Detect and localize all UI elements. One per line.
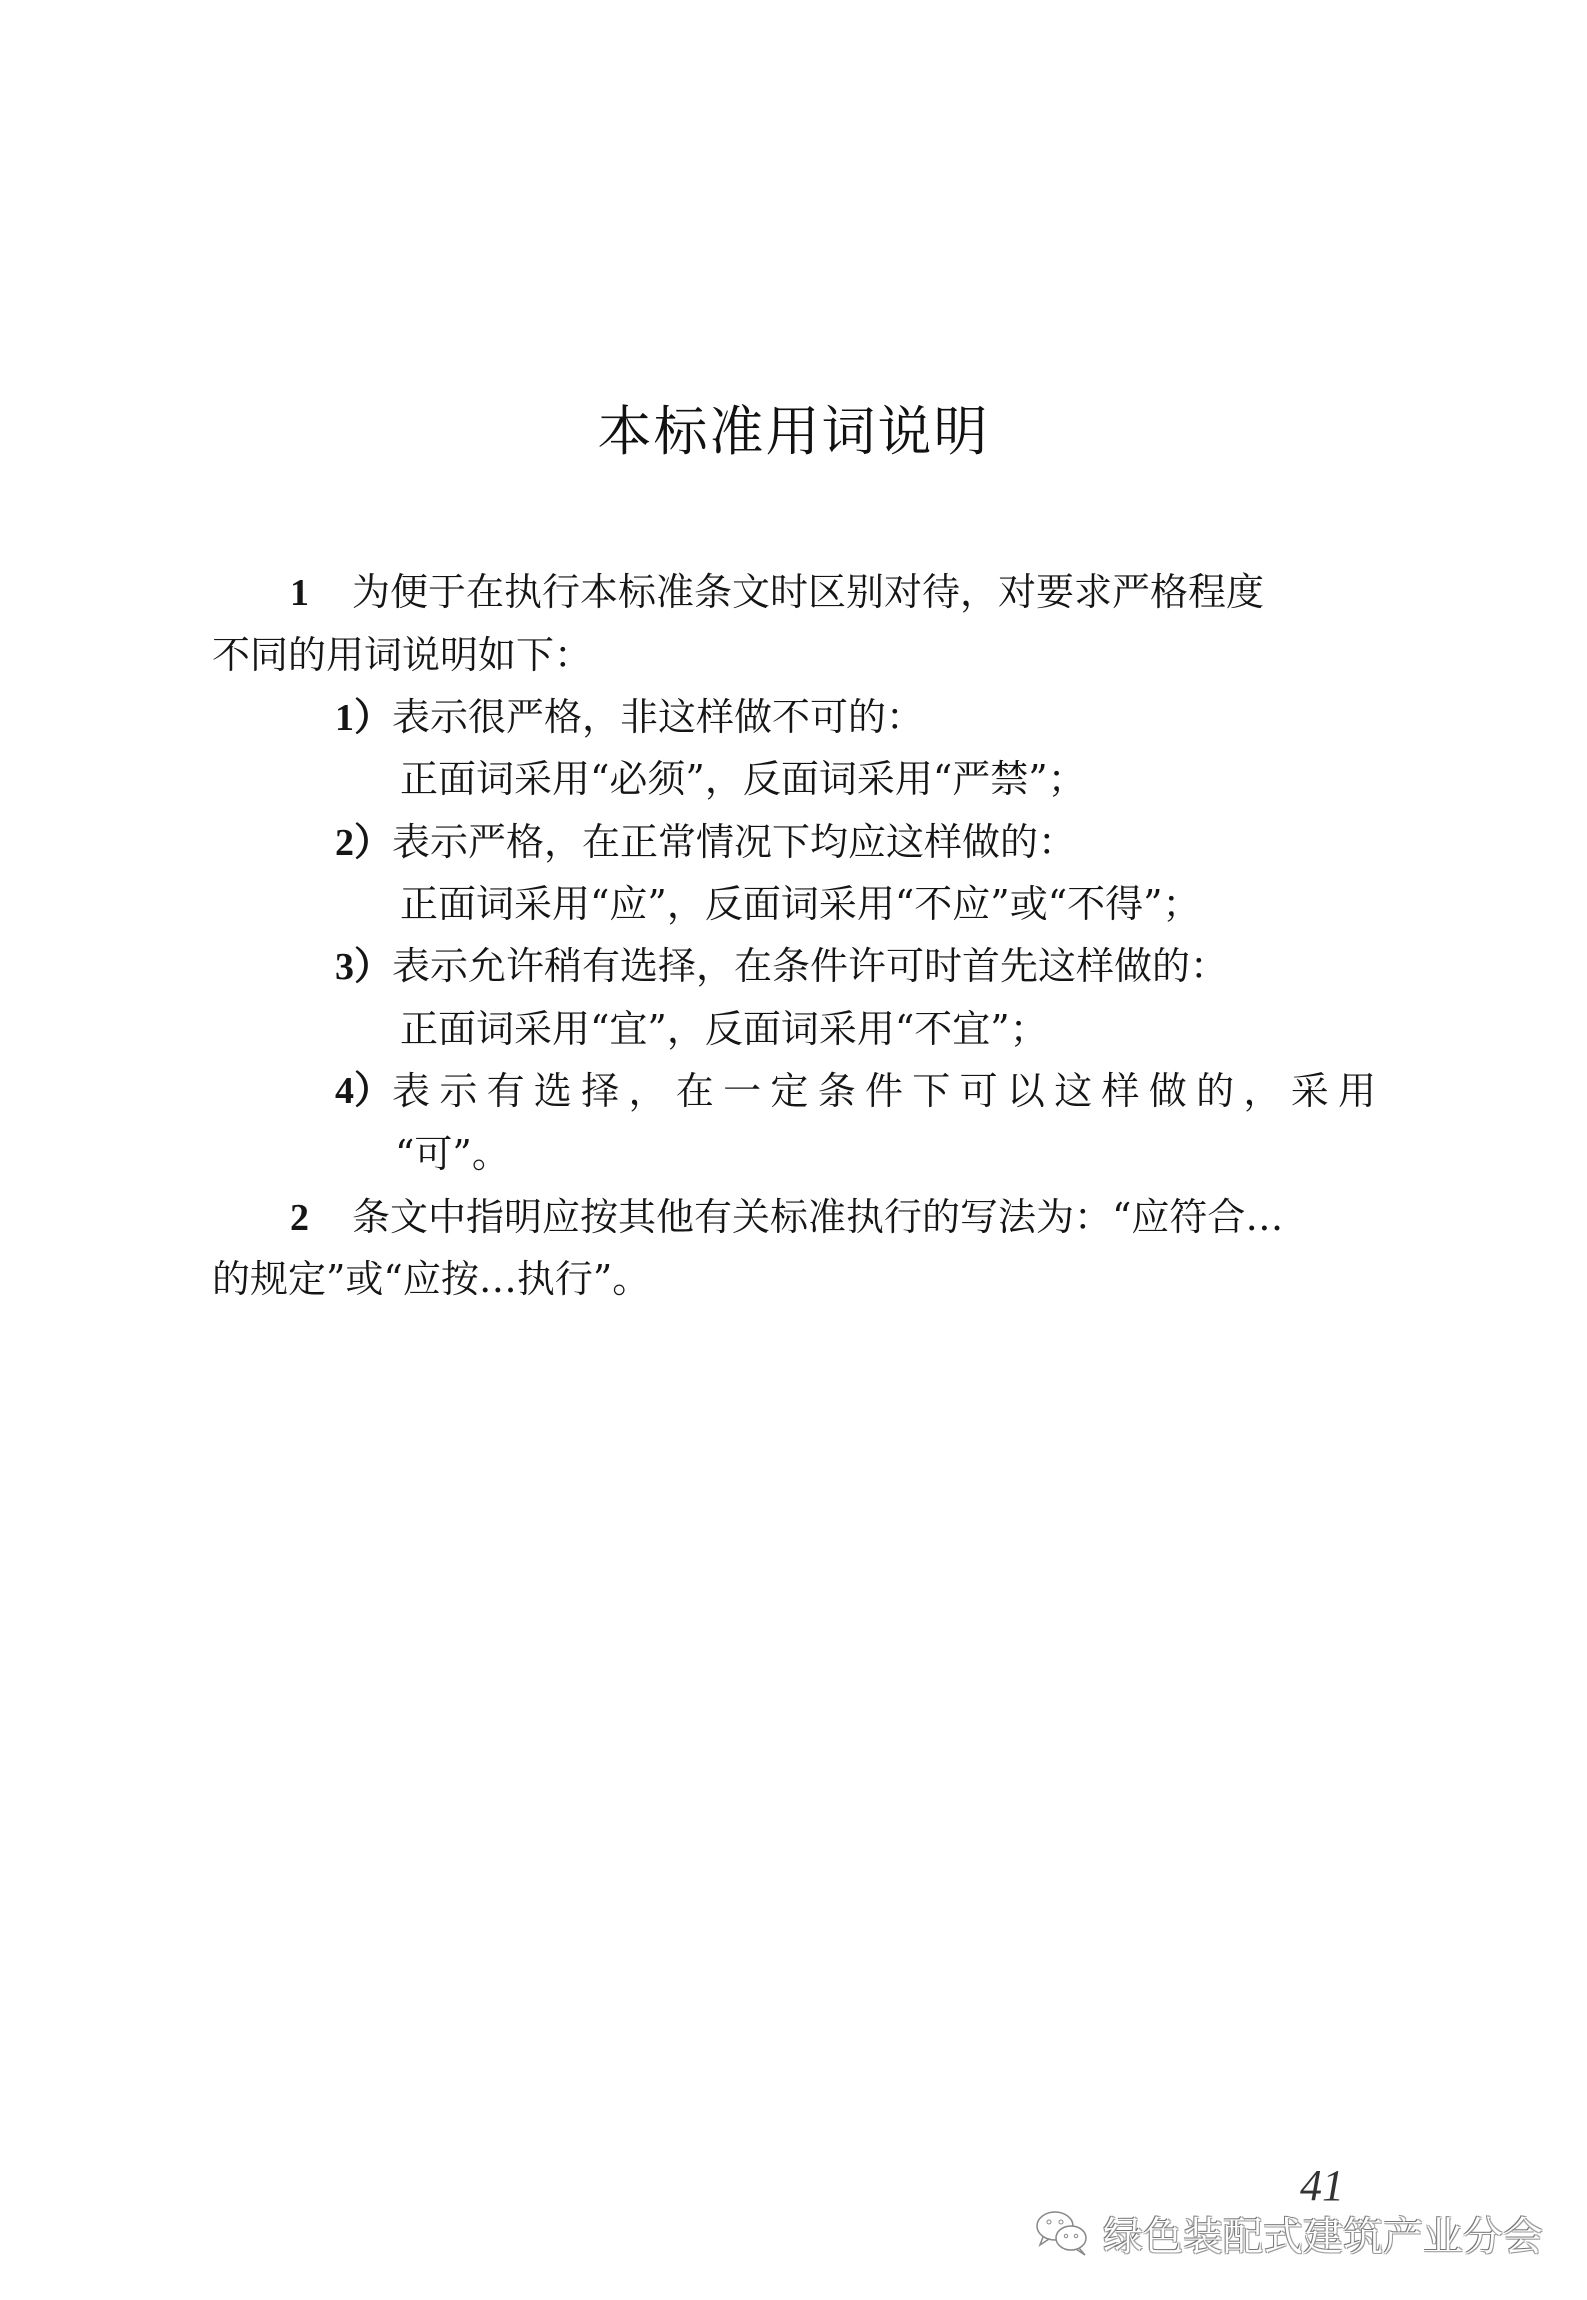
page-number: 41 xyxy=(1300,2160,1344,2211)
page-title: 本标准用词说明 xyxy=(0,400,1587,464)
clause-1-line-1: 1为便于在执行本标准条文时区别对待，对要求严格程度 xyxy=(290,567,1382,618)
clause-1-line-2: 不同的用词说明如下： xyxy=(212,630,592,680)
item-text: 表示严格，在正常情况下均应这样做的： xyxy=(392,820,1076,864)
clause-text: 为便于在执行本标准条文时区别对待，对要求严格程度 xyxy=(352,570,1264,614)
item-1-usage: 正面词采用“必须”，反面词采用“严禁”； xyxy=(400,754,1086,804)
item-number: 3） xyxy=(335,946,392,988)
item-2-desc: 2）表示严格，在正常情况下均应这样做的： xyxy=(335,817,1076,868)
clause-text: 条文中指明应按其他有关标准执行的写法为：“应符合… xyxy=(352,1195,1283,1239)
item-number: 1） xyxy=(335,697,392,739)
watermark: 绿色装配式建筑产业分会 xyxy=(1035,2205,1543,2261)
clause-number: 1 xyxy=(290,568,352,618)
item-4-desc: 4）表示有选择，在一定条件下可以这样做的，采用 xyxy=(335,1066,1382,1116)
item-2-usage: 正面词采用“应”，反面词采用“不应”或“不得”； xyxy=(400,879,1201,929)
item-3-usage: 正面词采用“宜”，反面词采用“不宜”； xyxy=(400,1004,1048,1054)
clause-number: 2 xyxy=(290,1193,352,1243)
clause-2-line-1: 2条文中指明应按其他有关标准执行的写法为：“应符合… xyxy=(290,1192,1382,1243)
item-number: 4） xyxy=(335,1066,392,1116)
item-number: 2） xyxy=(335,822,392,864)
item-text: 表示很严格，非这样做不可的： xyxy=(392,695,924,739)
wechat-icon xyxy=(1035,2208,1091,2258)
item-4-usage: “可”。 xyxy=(395,1129,510,1179)
item-1-desc: 1）表示很严格，非这样做不可的： xyxy=(335,692,924,743)
item-text: 表示允许稍有选择，在条件许可时首先这样做的： xyxy=(392,944,1228,988)
item-text: 表示有选择，在一定条件下可以这样做的，采用 xyxy=(392,1066,1382,1116)
watermark-text: 绿色装配式建筑产业分会 xyxy=(1103,2205,1543,2262)
clause-2-line-2: 的规定”或“应按…执行”。 xyxy=(212,1254,650,1304)
item-3-desc: 3）表示允许稍有选择，在条件许可时首先这样做的： xyxy=(335,941,1228,992)
